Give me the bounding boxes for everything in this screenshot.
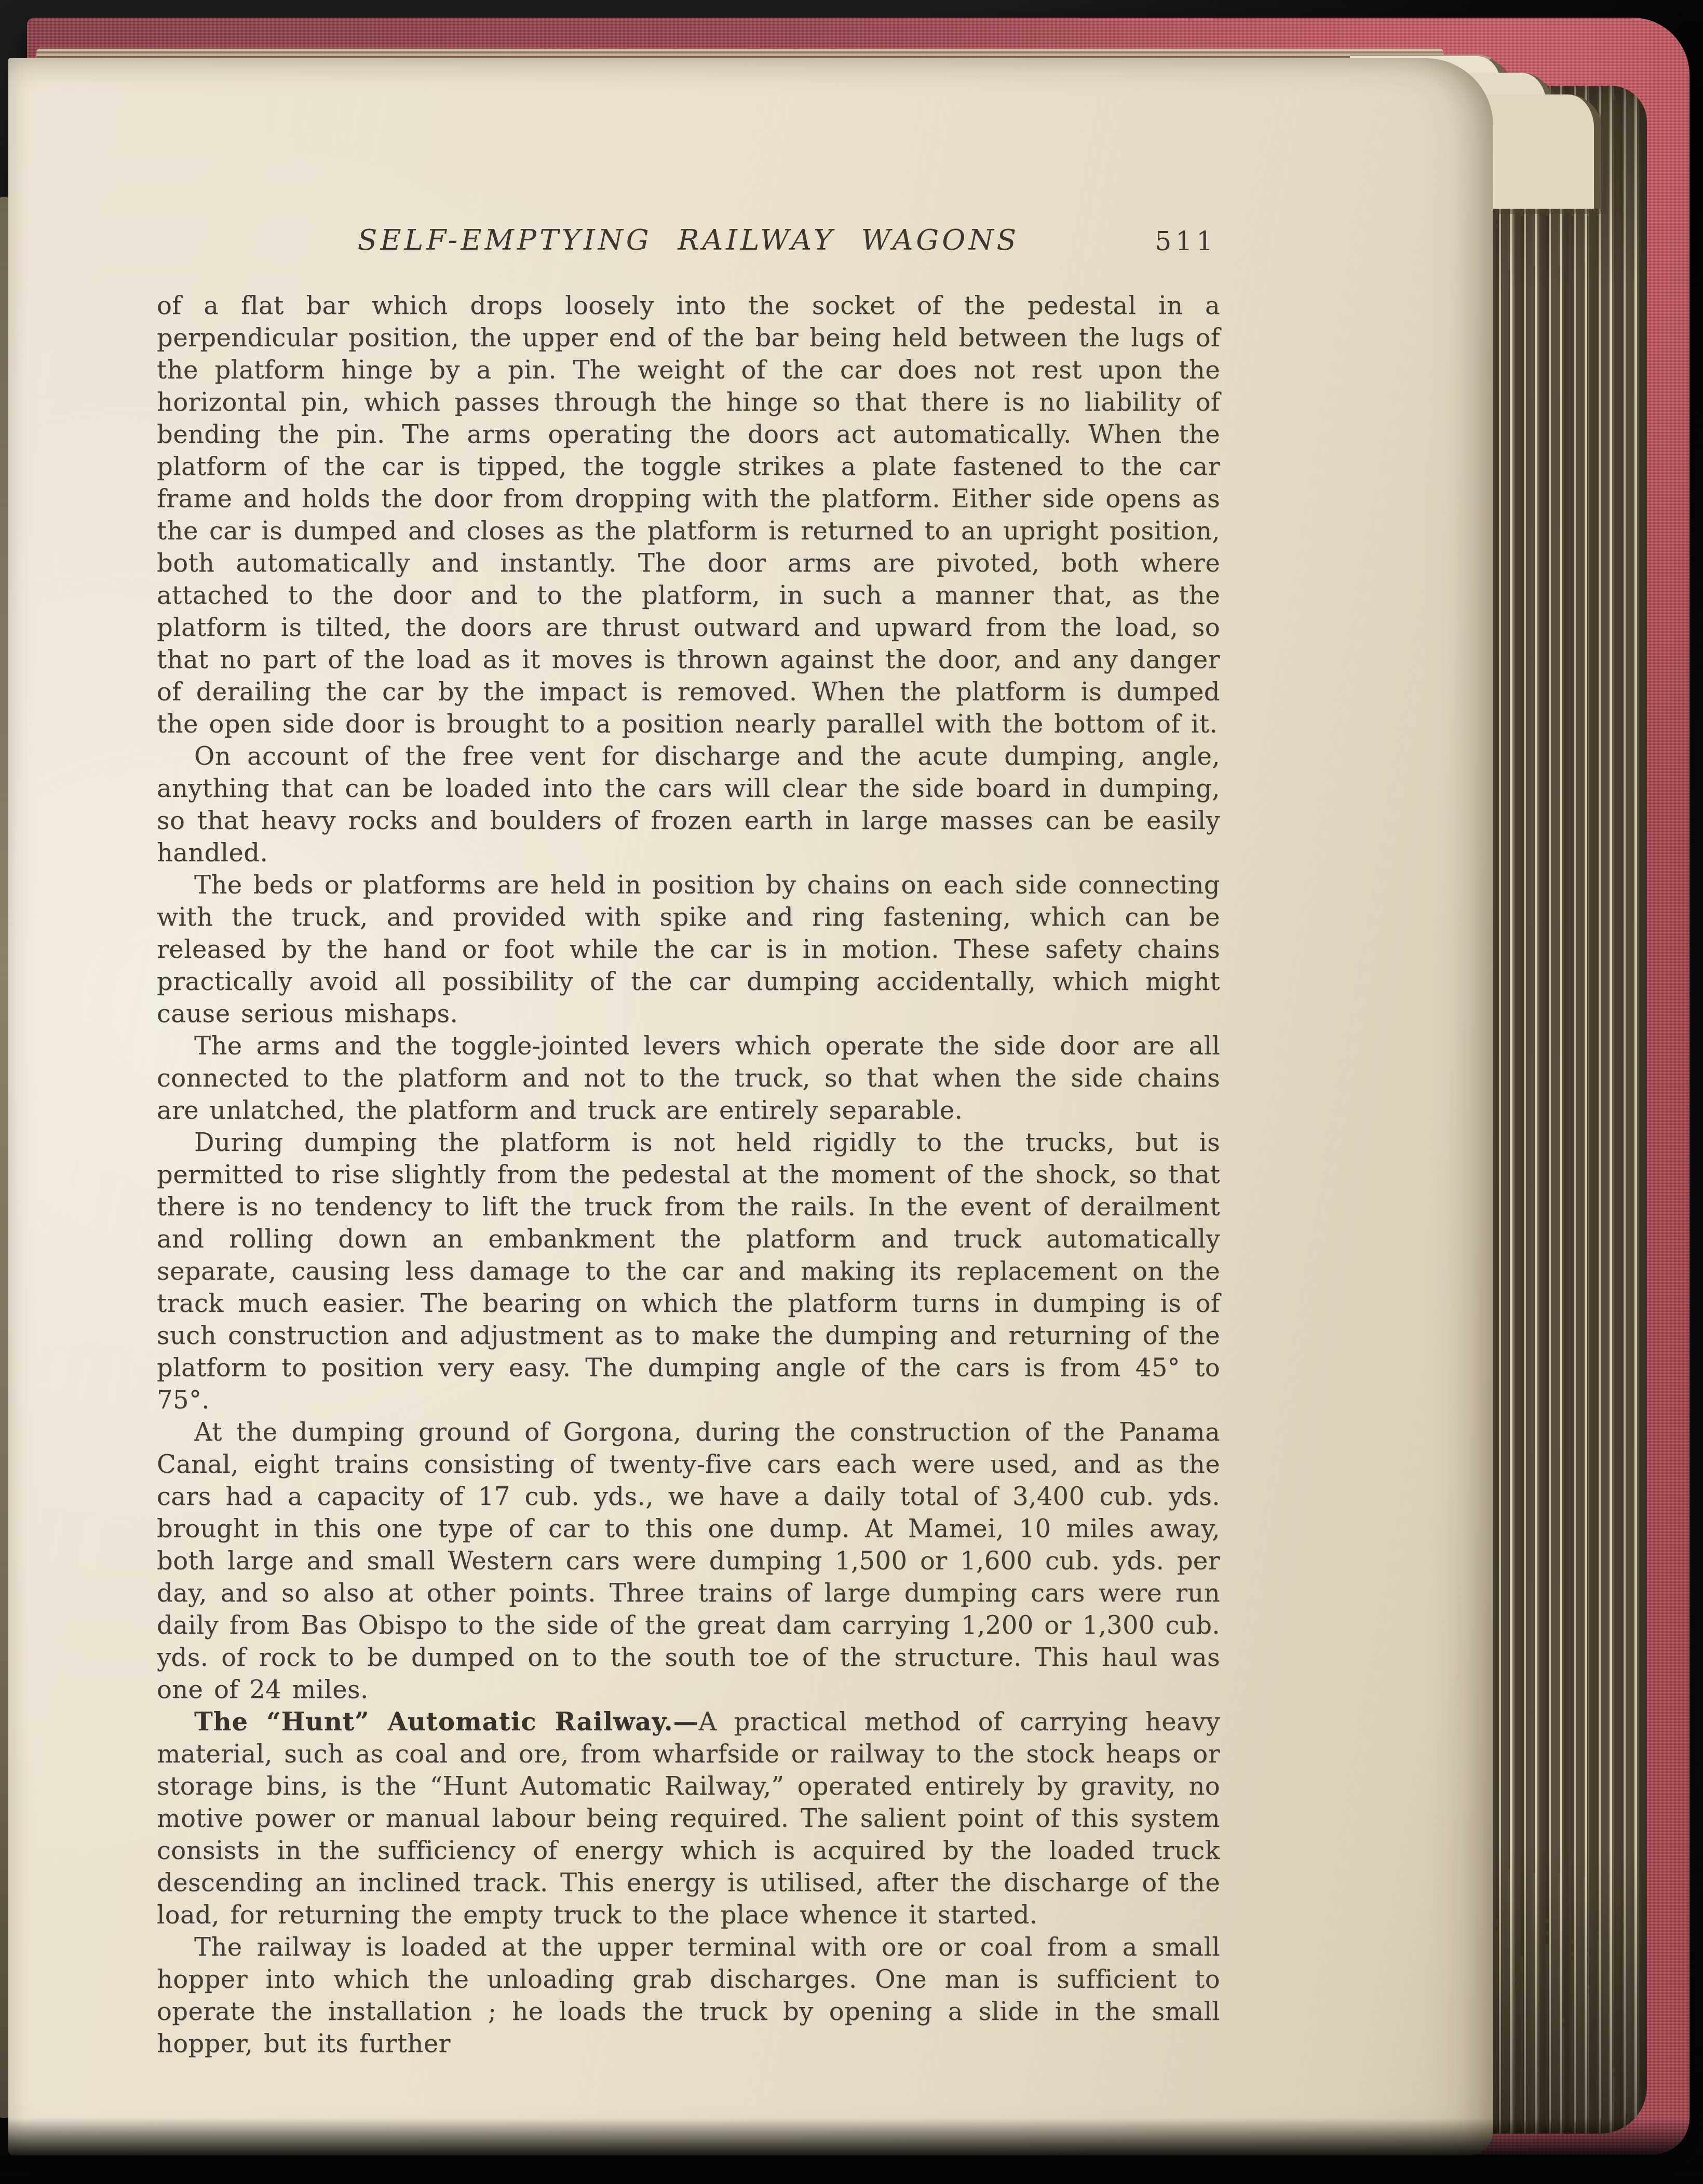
- paragraph: of a flat bar which drops loosely into t…: [157, 290, 1220, 740]
- paragraph-lead-bold: The “Hunt” Automatic Railway.—: [194, 1707, 699, 1737]
- page-edge-left: [0, 197, 8, 2118]
- photo-background: SELF-EMPTYING RAILWAY WAGONS 511 of a fl…: [0, 0, 1703, 2184]
- running-title: SELF-EMPTYING RAILWAY WAGONS: [157, 223, 1220, 256]
- paragraph: The beds or platforms are held in positi…: [157, 869, 1220, 1030]
- book-page: SELF-EMPTYING RAILWAY WAGONS 511 of a fl…: [8, 58, 1493, 2155]
- page-text: of a flat bar which drops loosely into t…: [157, 290, 1220, 2060]
- paragraph: The “Hunt” Automatic Railway.—A practica…: [157, 1706, 1220, 1931]
- page-number: 511: [1155, 226, 1217, 256]
- paragraph: On account of the free vent for discharg…: [157, 740, 1220, 869]
- page-header: SELF-EMPTYING RAILWAY WAGONS 511: [157, 223, 1220, 265]
- paragraph: The railway is loaded at the upper termi…: [157, 1931, 1220, 2060]
- paragraph: During dumping the platform is not held …: [157, 1127, 1220, 1416]
- paragraph: At the dumping ground of Gorgona, during…: [157, 1416, 1220, 1706]
- paragraph: The arms and the toggle-jointed levers w…: [157, 1030, 1220, 1127]
- fore-edge-page-stack: [1485, 86, 1647, 2134]
